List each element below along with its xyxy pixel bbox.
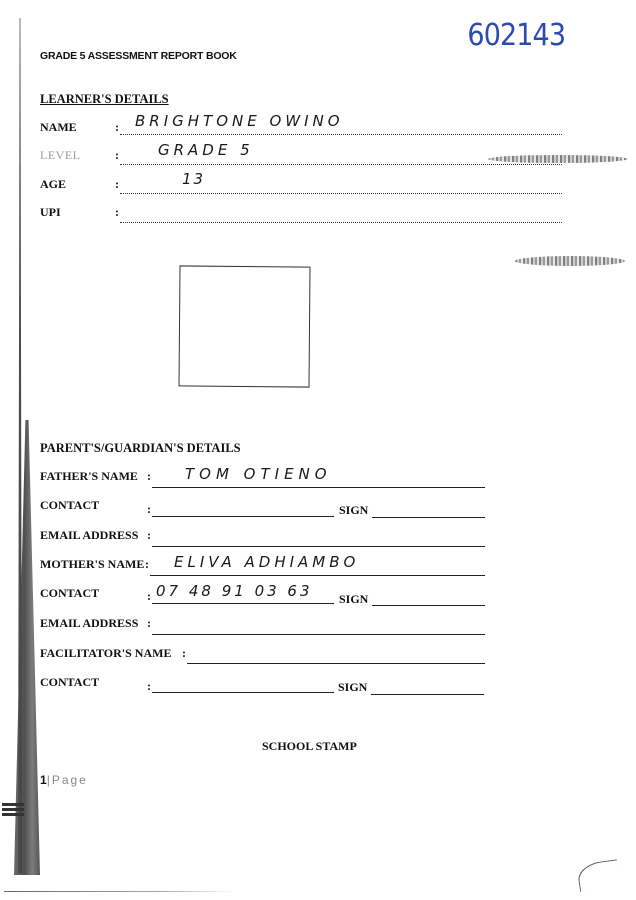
mother-sign-label: SIGN (339, 592, 368, 607)
staple-mark (2, 803, 24, 806)
colon: : (147, 469, 151, 484)
mothers-name-label: MOTHER'S NAME (40, 557, 144, 572)
school-stamp-label: SCHOOL STAMP (262, 739, 357, 754)
guardian-section-title: PARENT'S/GUARDIAN'S DETAILS (40, 441, 241, 456)
father-email-label: EMAIL ADDRESS (40, 528, 138, 543)
mothers-name-line[interactable] (150, 575, 485, 576)
mother-contact-label: CONTACT (40, 586, 99, 601)
colon: : (115, 205, 119, 220)
upi-field-line[interactable] (120, 222, 562, 223)
father-contact-line[interactable] (152, 516, 334, 517)
page-word: Page (52, 773, 88, 787)
age-field-value[interactable]: 13 (182, 170, 205, 188)
facilitator-contact-label: CONTACT (40, 675, 99, 690)
handwritten-id: 602143 (467, 18, 565, 53)
colon: : (115, 120, 119, 135)
mother-contact-value[interactable]: 07 48 91 03 63 (156, 582, 313, 600)
fathers-name-line[interactable] (152, 487, 485, 488)
staple-mark (2, 813, 24, 816)
father-contact-label: CONTACT (40, 498, 99, 513)
staple-mark (2, 808, 24, 811)
binding-shadow-lower (14, 420, 40, 875)
age-label: AGE (40, 177, 66, 192)
scan-smudge (515, 256, 625, 266)
mothers-name-value[interactable]: ELIVA ADHIAMBO (174, 553, 359, 571)
fathers-name-value[interactable]: TOM OTIENO (185, 465, 332, 483)
father-sign-line[interactable] (372, 517, 485, 518)
colon: : (147, 502, 151, 517)
name-field-value[interactable]: BRIGHTONE OWINO (135, 112, 344, 130)
facilitator-sign-label: SIGN (338, 680, 367, 695)
age-field-line[interactable] (120, 193, 562, 194)
colon: : (147, 528, 151, 543)
page-edge (4, 891, 234, 892)
mother-email-label: EMAIL ADDRESS (40, 616, 138, 631)
facilitator-name-label: FACILITATOR'S NAME (40, 646, 171, 661)
name-label: NAME (40, 120, 77, 135)
colon: : (147, 589, 151, 604)
mother-contact-line[interactable] (152, 603, 334, 604)
colon: : (145, 557, 149, 572)
colon: : (115, 177, 119, 192)
page-number: 1|Page (40, 773, 88, 787)
father-sign-label: SIGN (339, 503, 368, 518)
name-field-line[interactable] (120, 134, 562, 135)
page-number-value: 1 (40, 773, 47, 787)
mother-sign-line[interactable] (372, 605, 485, 606)
mother-email-line[interactable] (152, 634, 485, 635)
facilitator-contact-line[interactable] (152, 692, 334, 693)
scan-smudge (488, 155, 628, 163)
learner-section-title: LEARNER'S DETAILS (40, 92, 169, 107)
colon: : (147, 679, 151, 694)
corner-scribble (576, 859, 620, 891)
level-label: LEVEL (40, 148, 81, 163)
colon: : (182, 646, 186, 661)
fathers-name-label: FATHER'S NAME (40, 469, 138, 484)
level-field-line[interactable] (120, 164, 562, 165)
upi-label: UPI (40, 205, 61, 220)
colon: : (147, 616, 151, 631)
father-email-line[interactable] (152, 546, 485, 547)
document-title: GRADE 5 ASSESSMENT REPORT BOOK (40, 50, 237, 62)
colon: : (115, 148, 119, 163)
facilitator-sign-line[interactable] (371, 694, 484, 695)
facilitator-name-line[interactable] (187, 663, 485, 664)
level-field-value[interactable]: GRADE 5 (158, 141, 254, 159)
photo-box (178, 265, 310, 387)
